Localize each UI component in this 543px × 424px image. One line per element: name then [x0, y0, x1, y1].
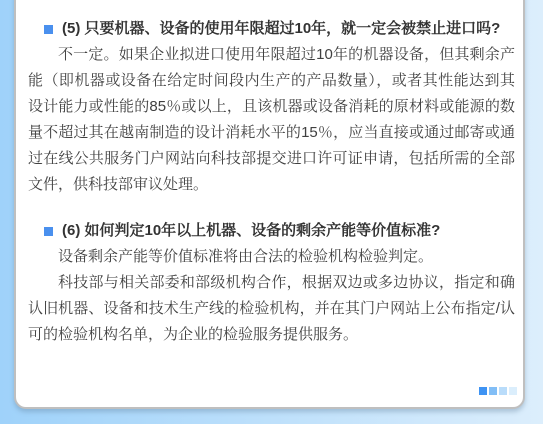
question-row: (5) 只要机器、设备的使用年限超过10年，就一定会被禁止进口吗? [28, 16, 515, 42]
faq-answer: 不一定。如果企业拟进口使用年限超过10年的机器设备，但其剩余产能（即机器或设备在… [28, 42, 515, 198]
pagination-dot[interactable] [489, 387, 497, 395]
answer-paragraph: 设备剩余产能等价值标准将由合法的检验机构检验判定。 [28, 244, 515, 270]
question-row: (6) 如何判定10年以上机器、设备的剩余产能等价值标准? [28, 218, 515, 244]
pagination-dot[interactable] [499, 387, 507, 395]
answer-paragraph: 不一定。如果企业拟进口使用年限超过10年的机器设备，但其剩余产能（即机器或设备在… [28, 42, 515, 198]
square-bullet-icon [44, 227, 53, 236]
content-card: (5) 只要机器、设备的使用年限超过10年，就一定会被禁止进口吗? 不一定。如果… [14, 0, 525, 409]
square-bullet-icon [44, 25, 53, 34]
pagination-dot[interactable] [479, 387, 487, 395]
faq-question: (5) 只要机器、设备的使用年限超过10年，就一定会被禁止进口吗? [62, 16, 500, 42]
faq-question: (6) 如何判定10年以上机器、设备的剩余产能等价值标准? [62, 218, 440, 244]
faq-content: (5) 只要机器、设备的使用年限超过10年，就一定会被禁止进口吗? 不一定。如果… [28, 16, 515, 348]
pagination-dot[interactable] [509, 387, 517, 395]
faq-item-6: (6) 如何判定10年以上机器、设备的剩余产能等价值标准? 设备剩余产能等价值标… [28, 218, 515, 348]
answer-paragraph: 科技部与相关部委和部级机构合作，根据双边或多边协议，指定和确认旧机器、设备和技术… [28, 270, 515, 348]
faq-answer: 设备剩余产能等价值标准将由合法的检验机构检验判定。 科技部与相关部委和部级机构合… [28, 244, 515, 348]
pagination-dots [479, 387, 517, 395]
faq-item-5: (5) 只要机器、设备的使用年限超过10年，就一定会被禁止进口吗? 不一定。如果… [28, 16, 515, 198]
